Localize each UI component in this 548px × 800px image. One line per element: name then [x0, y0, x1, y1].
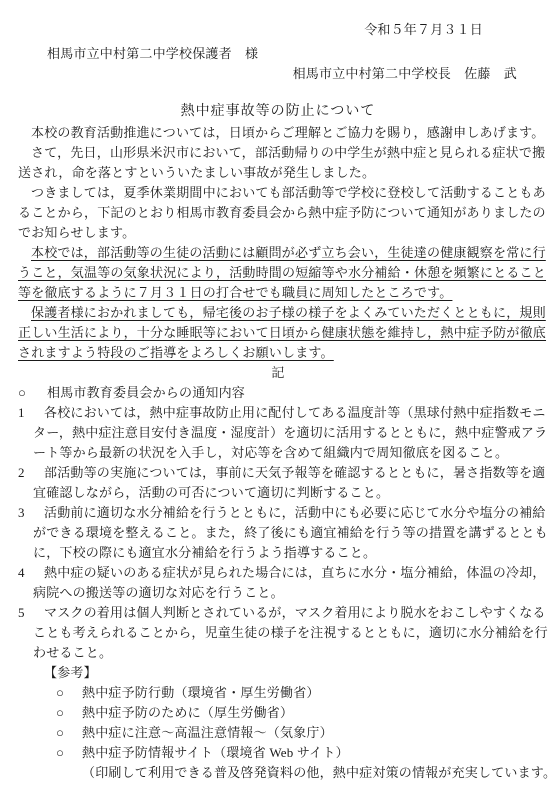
- notice-item-line: 1各校においては，熱中症事故防止用に配付してある温度計等（黒球付熱中症指数モニ: [18, 403, 538, 423]
- notice-item-line: わせること。: [18, 643, 538, 663]
- notice-item-line: 5マスクの着用は個人判断とされているが，マスク着用により脱水をおこしやすくなる: [18, 603, 538, 623]
- reference-item: ○熱中症予防情報サイト（環境省 Web サイト）: [56, 743, 538, 763]
- notice-item-text: 部活動等の実施については，事前に天気予報等を確認するとともに，暑さ指数等を適: [44, 465, 545, 480]
- doc-title: 熱中症事故等の防止について: [18, 101, 538, 123]
- circle-bullet: ○: [56, 723, 82, 743]
- notice-item-line: 4熱中症の疑いのある症状が見られた場合には，直ちに水分・塩分補給，体温の冷却，: [18, 563, 538, 583]
- recipient: 相馬市立中村第二中学校保護者 様: [47, 44, 538, 64]
- notice-item-text: 活動前に適切な水分補給を行うとともに，活動中にも必要に応じて水分や塩分の補給: [44, 505, 546, 520]
- sender: 相馬市立中村第二中学校長 佐藤 武: [18, 64, 538, 84]
- body-paragraphs: 本校の教育活動推進については，日頃からご理解とご協力を賜り，感謝申しあげます。 …: [18, 123, 538, 363]
- reference-item-text: 熱中症予防のために（厚生労働省）: [82, 705, 293, 720]
- reference-item: ○熱中症予防行動（環境省・厚生労働省）: [56, 683, 538, 703]
- underlined-paragraph-line: 等を徹底するように７月３１日の打合せでも職員に周知したところです。: [18, 283, 538, 303]
- ki-marker: 記: [18, 363, 538, 383]
- underlined-paragraph-line: うこと，気温等の気象状況により，活動時間の短縮等や水分補給・休憩を頻繁にとること: [18, 263, 538, 283]
- reference-note: （印刷して利用できる普及啓発資料の他，熱中症対策の情報が充実しています。）: [82, 763, 538, 783]
- notice-item-line: 2部活動等の実施については，事前に天気予報等を確認するとともに，暑さ指数等を適: [18, 463, 538, 483]
- paragraph-line: でお知らせします。: [18, 223, 538, 243]
- reference-item-text: 熱中症予防情報サイト（環境省 Web サイト）: [82, 745, 349, 760]
- reference-section: 【参考】 ○熱中症予防行動（環境省・厚生労働省） ○熱中症予防のために（厚生労働…: [18, 663, 538, 783]
- paragraph-line: 本校の教育活動推進については，日頃からご理解とご協力を賜り，感謝申しあげます。: [18, 123, 538, 143]
- underlined-paragraph-line: 保護者様におかれましても，帰宅後のお子様の様子をよくみていただくとともに，規則: [18, 303, 538, 323]
- paragraph-line: 送され，命を落とすといういたましい事故が発生しました。: [18, 163, 538, 183]
- notice-item-text: 熱中症の疑いのある症状が見られた場合には，直ちに水分・塩分補給，体温の冷却，: [44, 565, 546, 580]
- notice-item-text: マスクの着用は個人判断とされているが，マスク着用により脱水をおこしやすくなる: [44, 605, 546, 620]
- reference-item-text: 熱中症に注意～高温注意情報～（気象庁）: [82, 725, 333, 740]
- notice-item-text: 各校においては，熱中症事故防止用に配付してある温度計等（黒球付熱中症指数モニ: [44, 405, 546, 420]
- notice-heading-label: 相馬市教育委員会からの通知内容: [47, 385, 245, 400]
- notice-item-line: ことも考えられることから，児童生徒の様子を注視するとともに，適切に水分補給を行: [18, 623, 538, 643]
- notice-item-number: 4: [18, 563, 44, 583]
- notice-item-line: 3活動前に適切な水分補給を行うとともに，活動中にも必要に応じて水分や塩分の補給: [18, 503, 538, 523]
- paragraph-line: ることから，下記のとおり相馬市教育委員会から熱中症予防について通知がありましたの: [18, 203, 538, 223]
- circle-bullet: ○: [18, 383, 47, 403]
- notice-item-line: ター，熱中症注意目安付き温度・湿度計）を適切に活用するとともに，熱中症警戒アラ: [18, 423, 538, 443]
- notice-section: ○相馬市教育委員会からの通知内容 1各校においては，熱中症事故防止用に配付してあ…: [18, 383, 538, 663]
- paragraph-line: さて，先日，山形県米沢市において，部活動帰りの中学生が熱中症と見られる症状で搬: [18, 143, 538, 163]
- notice-item-number: 5: [18, 603, 44, 623]
- circle-bullet: ○: [56, 703, 82, 723]
- document-page: 令和５年７月３１日 相馬市立中村第二中学校保護者 様 相馬市立中村第二中学校長 …: [0, 0, 548, 800]
- reference-item: ○熱中症予防のために（厚生労働省）: [56, 703, 538, 723]
- notice-item-line: ート等から最新の状況を入手し，対応等を含めて組織内で周知徹底を図ること。: [18, 443, 538, 463]
- doc-date: 令和５年７月３１日: [18, 20, 538, 40]
- reference-item: ○熱中症に注意～高温注意情報～（気象庁）: [56, 723, 538, 743]
- underlined-paragraph-line: 本校では，部活動等の生徒の活動には顧問が必ず立ち会い，生徒達の健康観察を常に行: [18, 243, 538, 263]
- paragraph-line: つきましては，夏季休業期間中においても部活動等で学校に登校して活動することもあ: [18, 183, 538, 203]
- notice-item-line: ができる環境を整えること。また，終了後にも適宜補給を行う等の措置を講ずるととも: [18, 523, 538, 543]
- circle-bullet: ○: [56, 683, 82, 703]
- circle-bullet: ○: [56, 743, 82, 763]
- notice-item-number: 3: [18, 503, 44, 523]
- underlined-paragraph-line: されますよう特段のご指導をよろしくお願いします。: [18, 343, 538, 363]
- notice-item-number: 1: [18, 403, 44, 423]
- reference-label: 【参考】: [44, 663, 538, 683]
- notice-item-number: 2: [18, 463, 44, 483]
- notice-heading: ○相馬市教育委員会からの通知内容: [18, 383, 538, 403]
- notice-item-line: 病院への搬送等の適切な対応を行うこと。: [18, 583, 538, 603]
- notice-item-line: 宜確認しながら，活動の可否について適切に判断すること。: [18, 483, 538, 503]
- underlined-paragraph-line: 正しい生活により，十分な睡眠等において日頃から健康状態を維持し，熱中症予防が徹底: [18, 323, 538, 343]
- reference-item-text: 熱中症予防行動（環境省・厚生労働省）: [82, 685, 320, 700]
- notice-item-line: に，下校の際にも適宜水分補給を行うよう指導すること。: [18, 543, 538, 563]
